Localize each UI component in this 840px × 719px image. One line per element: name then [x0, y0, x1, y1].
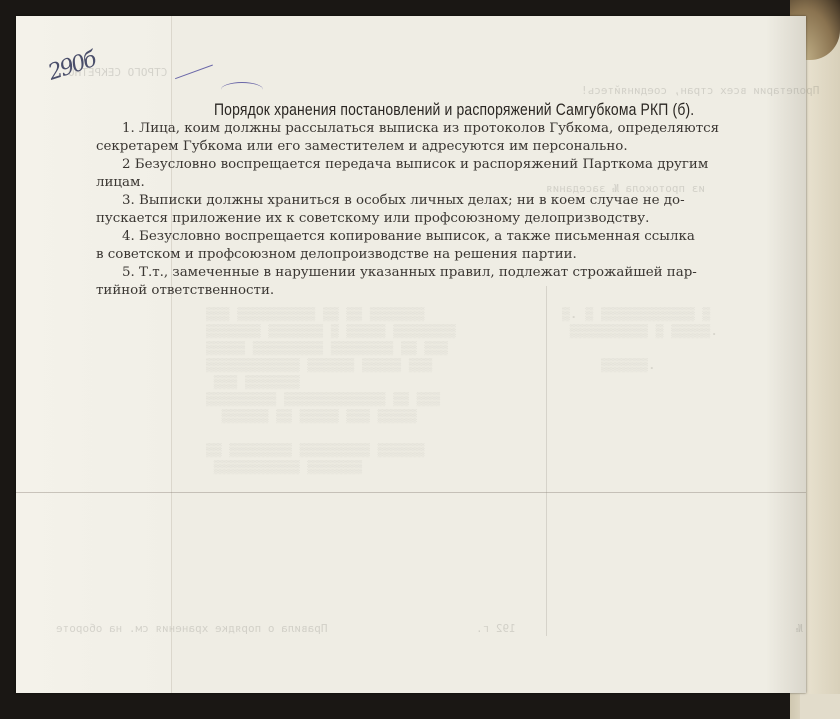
- reverse-typed-block-left: ▒▒▒ ▒▒▒▒▒▒▒▒▒▒ ▒▒ ▒▒ ▒▒▒▒▒▒▒ ▒▒▒▒▒▒▒ ▒▒▒…: [206, 306, 456, 476]
- mirrored-slogan: Пролетарии всех стран, соединяйтесь!: [581, 84, 819, 97]
- page-shadow: [766, 16, 806, 693]
- fold-crease-horizontal: [16, 492, 806, 493]
- rule-4-line-1: 4. Безусловно воспрещается копирование в…: [96, 228, 786, 246]
- rule-2-line-2: лицам.: [96, 174, 786, 192]
- rule-5-line-1: 5. Т.т., замеченные в нарушении указанны…: [96, 264, 786, 282]
- rule-1-line-2: секретарем Губкома или его заместителем …: [96, 138, 786, 156]
- reverse-typed-block-right: ▒. ▒ ▒▒▒▒▒▒▒▒▒▒▒▒ ▒ ▒▒▒▒▒▒▒▒▒▒ ▒ ▒▒▒▒▒. …: [562, 306, 718, 374]
- fold-crease-vertical: [171, 16, 172, 693]
- pen-mark-arc: [221, 82, 263, 97]
- rule-5-line-2: тийной ответственности.: [96, 282, 786, 300]
- rule-4-line-2: в советском и профсоюзном делопроизводст…: [96, 246, 786, 264]
- document-title: Порядок хранения постановлений и распоря…: [214, 100, 706, 120]
- pen-mark: [175, 65, 217, 91]
- rule-1-line-1: 1. Лица, коим должны рассылаться выписка…: [96, 120, 786, 138]
- reverse-column-rule: [546, 286, 547, 636]
- mirrored-footer-number: №: [796, 622, 803, 635]
- rule-3-line-1: 3. Выписки должны храниться в особых лич…: [96, 192, 786, 210]
- mirrored-footer-rules: Правила о порядке хранения см. на оборот…: [56, 622, 328, 635]
- rules-list: 1. Лица, коим должны рассылаться выписка…: [96, 120, 786, 300]
- document-page: СТРОГО СЕКРЕТНО Пролетарии всех стран, с…: [16, 16, 806, 693]
- mirrored-footer-date: 192 г.: [476, 622, 516, 635]
- fold-flap: [16, 16, 171, 693]
- rule-3-line-2: пускается приложение их к советскому или…: [96, 210, 786, 228]
- binding-edge: [800, 694, 840, 719]
- rule-2-line-1: 2 Безусловно воспрещается передача выпис…: [96, 156, 786, 174]
